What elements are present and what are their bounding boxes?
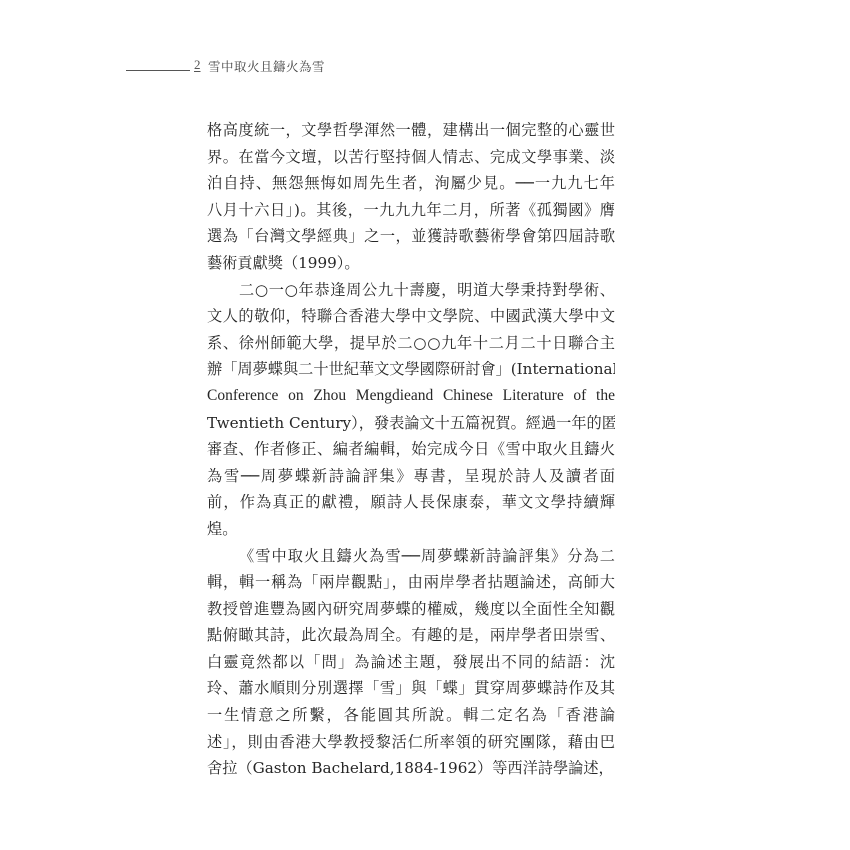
header-rule [126, 70, 190, 71]
text-line: 煌。 [207, 516, 615, 543]
text-line: 選為「台灣文學經典」之一，並獲詩歌藝術學會第四屆詩歌 [207, 223, 615, 250]
text-line: 輯，輯一稱為「兩岸觀點」，由兩岸學者拈題論述，高師大 [207, 569, 615, 596]
running-head: 2 雪中取火且鑄火為雪 [126, 56, 426, 76]
text-line: 藝術貢獻獎（1999）。 [207, 250, 615, 277]
text-line: 二○一○年恭逢周公九十壽慶，明道大學秉持對學術、 [207, 277, 615, 304]
text-line: 一生情意之所繫，各能圓其所說。輯二定名為「香港論 [207, 702, 615, 729]
text-line: 為雪──周夢蝶新詩論評集》專書，呈現於詩人及讀者面 [207, 463, 615, 490]
text-line: 系、徐州師範大學，提早於二○○九年十二月二十日聯合主 [207, 330, 615, 357]
text-line: 玲、蕭水順則分別選擇「雪」與「蝶」貫穿周夢蝶詩作及其 [207, 675, 615, 702]
text-line: 述」，則由香港大學教授黎活仁所率領的研究團隊，藉由巴 [207, 729, 615, 756]
text-line: 界。在當今文壇，以苦行堅持個人情志、完成文學事業、淡 [207, 144, 615, 171]
text-line: Conference on Zhou Mengdieand Chinese Li… [207, 383, 615, 410]
body-text: 格高度統一，文學哲學渾然一體，建構出一個完整的心靈世 界。在當今文壇，以苦行堅持… [207, 117, 615, 782]
text-line: 格高度統一，文學哲學渾然一體，建構出一個完整的心靈世 [207, 117, 615, 144]
page-number: 2 [194, 57, 201, 73]
running-head-title: 雪中取火且鑄火為雪 [208, 57, 325, 75]
paragraph: 《雪中取火且鑄火為雪──周夢蝶新詩論評集》分為二 輯，輯一稱為「兩岸觀點」，由兩… [207, 543, 615, 782]
text-line: Twentieth Century），發表論文十五篇祝賀。經過一年的匿名 [207, 410, 615, 437]
paragraph: 二○一○年恭逢周公九十壽慶，明道大學秉持對學術、 文人的敬仰，特聯合香港大學中文… [207, 277, 615, 543]
text-line: 審查、作者修正、編者編輯，始完成今日《雪中取火且鑄火 [207, 436, 615, 463]
text-line: 《雪中取火且鑄火為雪──周夢蝶新詩論評集》分為二 [207, 543, 615, 570]
text-line: 文人的敬仰，特聯合香港大學中文學院、中國武漢大學中文 [207, 303, 615, 330]
text-line: 八月十六日」)。其後，一九九九年二月，所著《孤獨國》膺 [207, 197, 615, 224]
text-line: 教授曾進豐為國內研究周夢蝶的權威，幾度以全面性全知觀 [207, 596, 615, 623]
text-line: 點俯瞰其詩，此次最為周全。有趣的是，兩岸學者田崇雪、 [207, 622, 615, 649]
text-line: 白靈竟然都以「問」為論述主題，發展出不同的結語：沈 [207, 649, 615, 676]
text-line: 辦「周夢蝶與二十世紀華文文學國際研討會」(International [207, 356, 615, 383]
paragraph: 格高度統一，文學哲學渾然一體，建構出一個完整的心靈世 界。在當今文壇，以苦行堅持… [207, 117, 615, 277]
text-line: 舍拉（Gaston Bachelard,1884-1962）等西洋詩學論述，以寬 [207, 755, 615, 782]
text-line: 前，作為真正的獻禮，願詩人長保康泰，華文文學持續輝 [207, 489, 615, 516]
text-line: 泊自持、無怨無悔如周先生者，洵屬少見。──一九九七年 [207, 170, 615, 197]
